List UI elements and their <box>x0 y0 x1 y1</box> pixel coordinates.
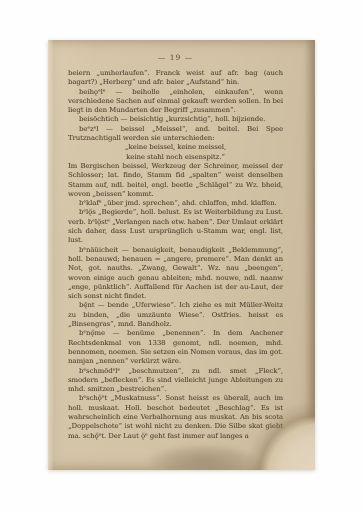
book-page: — 19 — beiern „umherlaufen“. Franck weis… <box>48 40 315 470</box>
entry-benaeuicheit: bᵉnäüicheit — benauigkeit, benaudigkeit … <box>68 246 283 302</box>
entry-beizel-continuation: Im Bergischen beissel, Werkzeug der Schr… <box>68 162 283 199</box>
entry-beiern: beiern „umherlaufen“. Franck weist auf a… <box>68 69 283 88</box>
entry-beloes: bᵉlǫ̈s „Begierde“, holl. belust. Es ist … <box>68 208 283 245</box>
entry-benoeme: bᵉnǫ̈me — benüme „benennen“. In dem Aach… <box>68 329 283 366</box>
entry-beihole: beihǫᵉlᵉ — beiholle „einholen, einkaufen… <box>68 88 283 116</box>
entry-beizel: beᵉzᵉl — beissel „Meissel“, and. beitel.… <box>68 125 283 144</box>
verse-line-2: keine stahl noch eisenspitz.“ <box>68 153 283 162</box>
page-curl-shadow <box>126 436 266 470</box>
page-text: beiern „umherlaufen“. Franck weist auf a… <box>68 69 283 441</box>
scan-background: — 19 — beiern „umherlaufen“. Franck weis… <box>0 0 363 512</box>
entry-bent: bę̄nt — bende „Uferwiese“. Ich ziehe es … <box>68 301 283 329</box>
entry-beisoechtich: beisöchtich — beisichtig „kurzsichtig“, … <box>68 115 283 124</box>
page-right-edge-shadow <box>304 40 315 470</box>
page-left-edge-highlight <box>48 40 54 470</box>
entry-beschmoedel: bᵉschmödᵉlᵉ „beschmutzen“, zu ndl. smet … <box>68 367 283 395</box>
entry-beschoet: bᵉschǫ̈ᵉt „Muskatnuss“. Sonst heisst es … <box>68 394 283 440</box>
page-number: — 19 — <box>68 53 283 62</box>
verse-line-1: „keine beissel, keine meissel, <box>68 143 283 152</box>
